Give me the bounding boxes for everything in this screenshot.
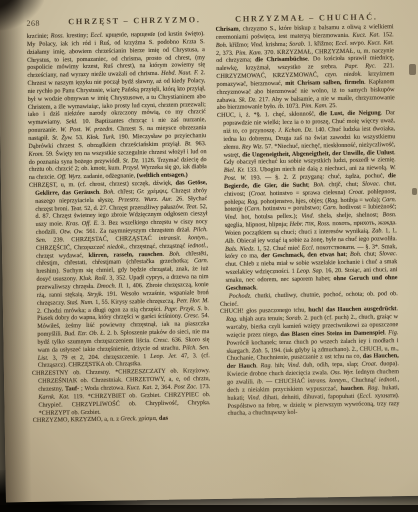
entry-paragraph: CHRZESTNY ob. Chrzesny. *CHRZESZCZATY ob…: [32, 367, 211, 417]
entry-paragraph: CHRZĘST, u, m. (cf. chrost, chrzest) szc…: [29, 179, 210, 370]
running-head-right: CHRZYZMAŁ – CHUCHAĆ.: [220, 12, 392, 24]
entry-paragraph: Chrisam, chrzyzmo S., które biskup z bal…: [216, 23, 395, 112]
page-edge-mark: [409, 64, 416, 75]
book-page: 268 CHRZĘST – CHRZYZMO. CHRZYZMAŁ – CHUC…: [0, 0, 418, 502]
text-column-right: Chrisam, chrzyzmo S., które biskup z bal…: [216, 23, 401, 474]
text-column-left: krzcinie; Ross. krestiny; Eccl. крщенїе,…: [27, 30, 212, 470]
entry-paragraph: CHUC, i, ż. *§. 1. chęć, skłonność, die …: [217, 109, 398, 292]
entry-paragraph: CHUCH! głos puszczonego tchu, huch! das …: [220, 306, 400, 419]
text-columns: krzcinie; Ross. krestiny; Eccl. крщенїе,…: [27, 27, 401, 477]
page-edge-mark: [412, 188, 417, 195]
entry-paragraph: CHRZYZMO, KRZYZMO, a, n. z Greck. χρίσμα…: [33, 414, 211, 425]
photographed-book-page: 268 CHRZĘST – CHRZYZMO. CHRZYZMAŁ – CHUC…: [0, 0, 418, 512]
entry-paragraph: krzcinie; Ross. krestiny; Eccl. крщенїе,…: [27, 30, 207, 182]
running-head-left: CHRZĘST – CHRZYZMO.: [50, 15, 218, 27]
page-number: 268: [26, 19, 40, 28]
